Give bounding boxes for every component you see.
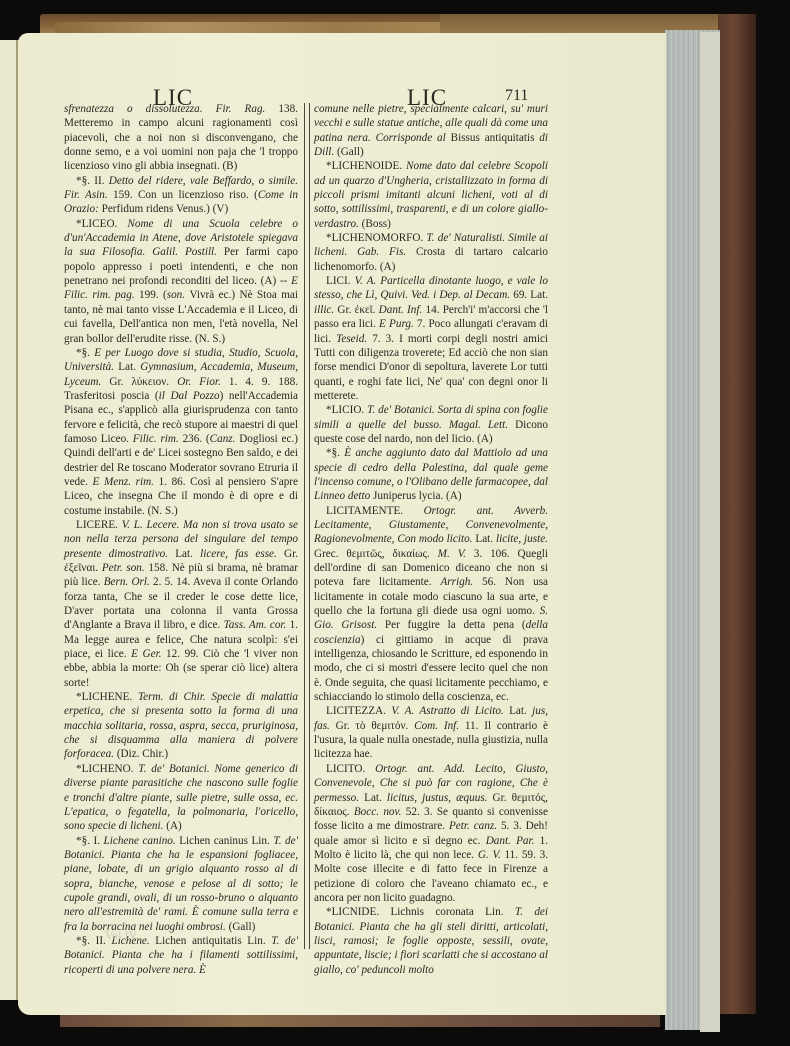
entry-continuation: comune nelle pietre, specialmente calcar… bbox=[314, 102, 548, 159]
roman-text: Lat. bbox=[475, 533, 496, 545]
roman-text: LICITAMENTE. bbox=[326, 505, 424, 517]
bottom-binding bbox=[60, 1015, 660, 1027]
dictionary-entry: *§. II. Detto del ridere, vale Beffardo,… bbox=[64, 174, 298, 217]
italic-text: Tass. Am. cor. bbox=[224, 619, 290, 631]
italic-text: G. V. bbox=[478, 849, 505, 861]
roman-text: LICI. bbox=[326, 275, 355, 287]
italic-text: Com. Inf. bbox=[414, 720, 465, 732]
italic-text: Arrigh. bbox=[440, 576, 482, 588]
italic-text: E Purg. bbox=[379, 318, 417, 330]
roman-text: LICERE. bbox=[76, 519, 122, 531]
roman-text: (Diz. Chir.) bbox=[117, 748, 168, 760]
dictionary-entry: *LICIO. T. de' Botanici. Sorta di spina … bbox=[314, 403, 548, 446]
roman-text: (Boss) bbox=[362, 218, 391, 230]
roman-text: 159. Con un licenzioso riso. ( bbox=[113, 189, 258, 201]
roman-text: *LICHENE. bbox=[76, 691, 138, 703]
italic-text: licitus, justus, æquus. bbox=[387, 792, 493, 804]
dictionary-entry: *LICEO. Nome di una Scuola celebre o d'u… bbox=[64, 217, 298, 346]
roman-text: Per fuggire la detta pena ( bbox=[385, 619, 526, 631]
roman-text: Gr. τὸ θεμιτόν. bbox=[336, 720, 414, 732]
italic-text: Petr. canz. bbox=[449, 820, 501, 832]
dictionary-entry: *§. È anche aggiunto dato dal Mattiolo a… bbox=[314, 446, 548, 503]
roman-text: (Gall) bbox=[337, 146, 364, 158]
dictionary-entry: *§. E per Luogo dove si studia, Studio, … bbox=[64, 346, 298, 518]
dictionary-entry: *LICHENO. T. de' Botanici. Nome generico… bbox=[64, 762, 298, 834]
italic-text: T. de' Botanici. Pianta che ha le espans… bbox=[64, 835, 298, 933]
roman-text: *LICHENOMORFO. bbox=[326, 232, 426, 244]
roman-text: Gr. ἐκεῖ. bbox=[337, 304, 378, 316]
dictionary-entry: *§. II. Lichene. Lichen antiquitatis Lin… bbox=[64, 934, 298, 977]
italic-text: licere, fas esse. bbox=[200, 548, 284, 560]
right-column: comune nelle pietre, specialmente calcar… bbox=[314, 102, 548, 977]
roman-text: *LICHENOIDE. bbox=[326, 160, 406, 172]
italic-text: M. V. bbox=[438, 548, 474, 560]
roman-text: Lichnis coronata Lin. bbox=[390, 906, 514, 918]
dictionary-entry: *LICNIDE. Lichnis coronata Lin. T. dei B… bbox=[314, 905, 548, 977]
dictionary-entry: LICI. V. A. Particella dinotante luogo, … bbox=[314, 274, 548, 403]
roman-text: Lichen caninus Lin. bbox=[179, 835, 273, 847]
roman-text: Gr. λύκειον. bbox=[109, 376, 177, 388]
left-column: sfrenatezza o dissolutezza. Fir. Rag. 13… bbox=[64, 102, 298, 977]
page-edge-flap bbox=[700, 32, 720, 1032]
dictionary-entry: LICITEZZA. V. A. Astratto di Licito. Lat… bbox=[314, 704, 548, 761]
italic-text: Lichene canino. bbox=[104, 835, 180, 847]
dictionary-entry: LICERE. V. L. Lecere. Ma non si trova us… bbox=[64, 518, 298, 690]
italic-text: Filic. rim. bbox=[133, 433, 183, 445]
roman-text: Juniperus lycia. (A) bbox=[373, 490, 462, 502]
dictionary-entry: *LICHENOIDE. Nome dato dal celebre Scopo… bbox=[314, 159, 548, 231]
italic-text: il Dal Pozzo bbox=[159, 390, 220, 402]
dictionary-entry: *§. I. Lichene canino. Lichen caninus Li… bbox=[64, 834, 298, 934]
roman-text: Bissus antiquitatis bbox=[451, 132, 540, 144]
italic-text: Bern. Orl. bbox=[104, 576, 153, 588]
roman-text: *LICNIDE. bbox=[326, 906, 390, 918]
roman-text: Lichen antiquitatis Lin. bbox=[155, 935, 271, 947]
signature-mark: Vol IV. bbox=[105, 928, 139, 943]
italic-text: licite, juste. bbox=[496, 533, 548, 545]
previous-page-edge bbox=[0, 40, 19, 1000]
roman-text: Lat. bbox=[364, 792, 387, 804]
italic-text: E Menz. rim. bbox=[93, 476, 159, 488]
roman-text: 69. Lat. bbox=[513, 289, 548, 301]
roman-text: *§. bbox=[76, 347, 94, 359]
roman-text: (Gall) bbox=[229, 921, 256, 933]
book-cover-right bbox=[718, 14, 756, 1014]
roman-text: LICITO. bbox=[326, 763, 375, 775]
italic-text: son. bbox=[167, 289, 190, 301]
roman-text: Grec. θεμιτῶς, δικαίως. bbox=[314, 548, 438, 560]
dictionary-entry: LICITO. Ortogr. ant. Add. Lecito, Giusto… bbox=[314, 762, 548, 905]
roman-text: Perfidum ridens Venus.) (V) bbox=[102, 203, 229, 215]
italic-text: Teseid. bbox=[336, 333, 372, 345]
roman-text: *§. bbox=[326, 447, 344, 459]
roman-text: 199. ( bbox=[139, 289, 167, 301]
roman-text: Lat. bbox=[509, 705, 532, 717]
entry-continuation: sfrenatezza o dissolutezza. Fir. Rag. 13… bbox=[64, 102, 298, 174]
dictionary-entry: *LICHENOMORFO. T. de' Naturalisti. Simil… bbox=[314, 231, 548, 274]
roman-text: Lat. bbox=[175, 548, 200, 560]
dictionary-entry: *LICHENE. Term. di Chir. Specie di malat… bbox=[64, 690, 298, 762]
roman-text: *§. II. bbox=[76, 175, 109, 187]
page-edges bbox=[665, 30, 720, 1030]
italic-text: sfrenatezza o dissolutezza. Fir. Rag. bbox=[64, 103, 278, 115]
roman-text: *§. I. bbox=[76, 835, 104, 847]
italic-text: Petr. son. bbox=[102, 562, 149, 574]
italic-text: Dant. Par. bbox=[486, 835, 540, 847]
dictionary-entry: LICITAMENTE. Ortogr. ant. Avverb. Lecita… bbox=[314, 504, 548, 705]
roman-text: 236. ( bbox=[183, 433, 210, 445]
italic-text: Canz. bbox=[210, 433, 240, 445]
italic-text: Or. Fior. bbox=[177, 376, 229, 388]
roman-text: *LICEO. bbox=[76, 218, 127, 230]
roman-text: *LICIO. bbox=[326, 404, 367, 416]
italic-text: illic. bbox=[314, 304, 337, 316]
roman-text: *LICHENO. bbox=[76, 763, 138, 775]
column-divider bbox=[304, 103, 310, 949]
italic-text: Dant. Inf. bbox=[379, 304, 426, 316]
roman-text: LICITEZZA. bbox=[326, 705, 391, 717]
italic-text: V. A. Astratto di Licito. bbox=[391, 705, 509, 717]
roman-text: Lat. bbox=[118, 361, 140, 373]
roman-text: (A) bbox=[166, 820, 182, 832]
italic-text: E Ger. bbox=[131, 648, 166, 660]
italic-text: Bocc. nov. bbox=[354, 806, 406, 818]
